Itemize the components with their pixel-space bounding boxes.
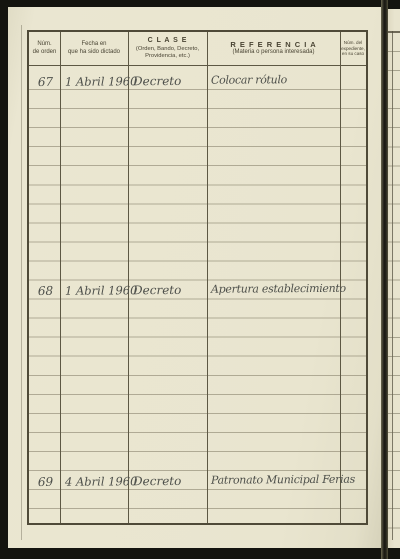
column-subtitle: (Materia o persona interesada) <box>232 49 314 57</box>
header-separator-line <box>29 65 366 66</box>
header-row: Núm. de orden Fecha en que ha sido dicta… <box>29 32 366 65</box>
entry-date: 1 Abril 1960 <box>65 279 138 302</box>
ledger-entry: 69 4 Abril 1960 Decreto Patronato Munici… <box>29 469 366 493</box>
column-subtitle: que ha sido dictado <box>68 49 120 57</box>
column-header-clase: C L A S E (Orden, Bando, Decreto, Provid… <box>128 32 207 65</box>
ledger-entry: 68 1 Abril 1960 Decreto Apertura estable… <box>29 278 366 302</box>
entry-class: Decreto <box>133 470 181 492</box>
entry-number: 69 <box>31 471 60 493</box>
column-header-referencia: R E F E R E N C I A (Materia o persona i… <box>207 32 340 65</box>
column-subtitle: de orden <box>33 49 57 57</box>
column-divider <box>60 32 61 523</box>
column-title: C L A S E <box>148 36 188 45</box>
column-divider <box>128 32 129 523</box>
column-title: Núm. <box>37 41 51 49</box>
ledger-entry: 67 1 Abril 1960 Decreto Colocar rótulo <box>29 69 366 93</box>
page-gutter <box>381 0 388 559</box>
facing-page-ruled-lines <box>388 33 400 539</box>
column-header-fecha: Fecha en que ha sido dictado <box>60 32 128 65</box>
column-title: Fecha en <box>81 41 106 49</box>
ledger-page: Núm. de orden Fecha en que ha sido dicta… <box>8 7 381 548</box>
column-subtitle: expediente, en su caso <box>341 46 365 57</box>
facing-page-edge <box>388 9 400 548</box>
entry-number: 68 <box>31 280 60 302</box>
entry-number: 67 <box>31 71 60 93</box>
entry-class: Decreto <box>133 70 181 92</box>
page-fold-line <box>21 25 22 540</box>
entry-reference: Patronato Municipal Ferias <box>211 469 355 492</box>
ledger-table: Núm. de orden Fecha en que ha sido dicta… <box>27 30 368 525</box>
column-header-num: Núm. de orden <box>29 32 60 65</box>
scan-background: Núm. de orden Fecha en que ha sido dicta… <box>0 0 400 559</box>
entry-reference: Apertura establecimiento <box>211 278 346 301</box>
entry-date: 1 Abril 1960 <box>65 70 138 93</box>
column-divider <box>207 32 208 523</box>
column-header-expediente: Núm. del expediente, en su caso <box>340 32 366 65</box>
entry-reference: Colocar rótulo <box>211 69 287 92</box>
entry-class: Decreto <box>133 279 181 301</box>
entry-date: 4 Abril 1960 <box>65 470 138 493</box>
column-title: R E F E R E N C I A <box>230 40 316 50</box>
column-subtitle: (Orden, Bando, Decreto, Providencia, etc… <box>129 46 206 61</box>
